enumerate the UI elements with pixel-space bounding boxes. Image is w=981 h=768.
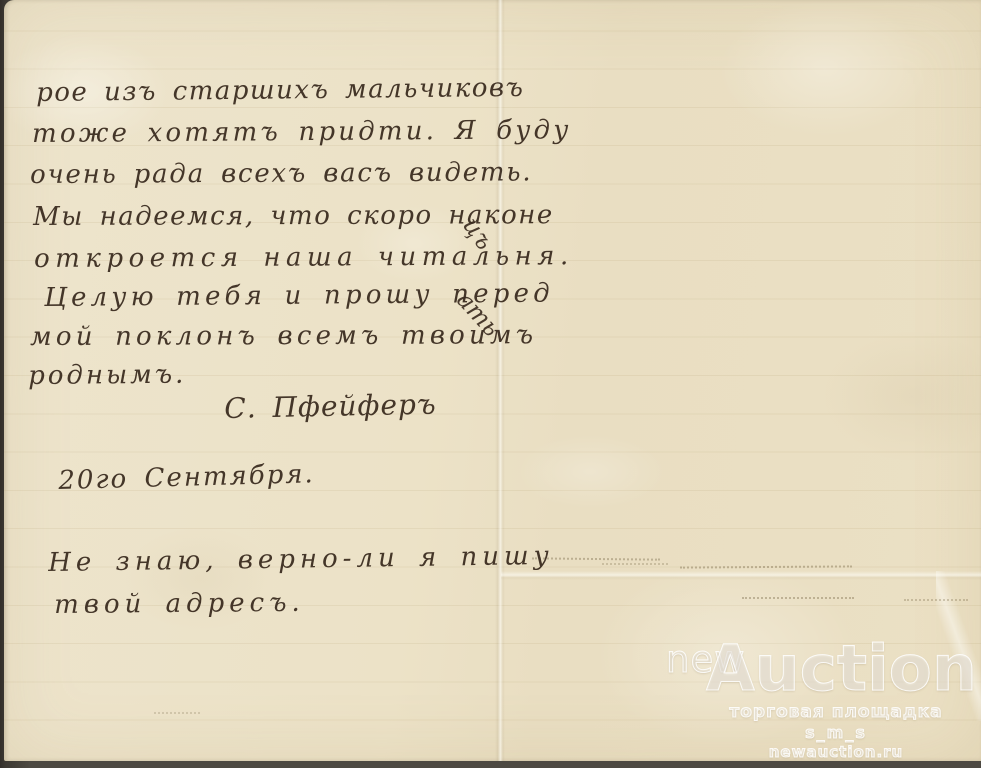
handwriting-line: очень рада всехъ васъ видеть.	[30, 157, 532, 190]
handwriting-line: твой адресъ.	[54, 588, 305, 620]
date-line: 20го Сентября.	[58, 459, 315, 496]
watermark-site-url: newauction.ru	[700, 743, 972, 761]
handwriting-line: мой поклонъ всемъ твоимъ	[30, 320, 537, 352]
handwriting-line: роднымъ.	[28, 360, 186, 391]
watermark-seller-id: s_m_s	[700, 723, 972, 742]
scanned-letter-image: рое изъ старшихъ мальчиковътоже хотятъ п…	[0, 0, 981, 768]
handwriting-line: откроется наша читальня.	[34, 241, 574, 274]
handwriting-line: тоже хотятъ придти. Я буду	[32, 115, 572, 149]
watermark-auction-logo: Auction	[706, 632, 977, 705]
signature: С. Пфейферъ	[224, 388, 437, 425]
watermark-tagline: торговая площадка	[700, 702, 972, 722]
handwriting-line: рое изъ старшихъ мальчиковъ	[36, 73, 525, 108]
handwriting-line: Не знаю, верно-ли я пишу	[48, 541, 554, 578]
